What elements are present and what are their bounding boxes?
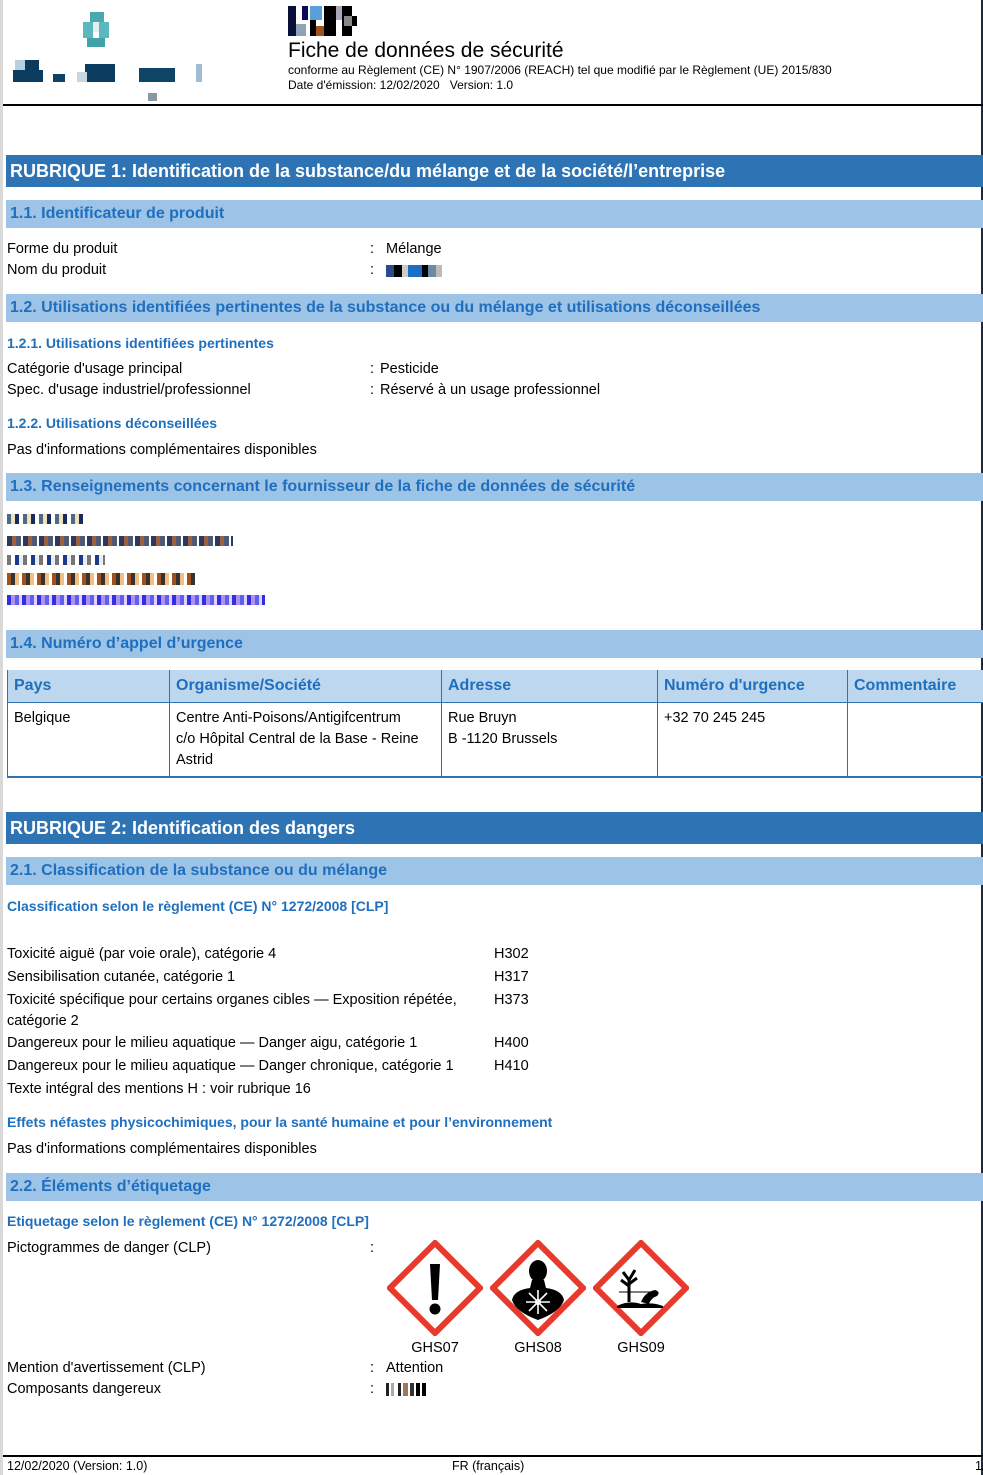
field-label: Forme du produit	[7, 240, 117, 258]
field-colon: :	[370, 1359, 374, 1377]
adresse-line: Rue Bruyn	[448, 708, 651, 729]
field-colon: :	[370, 381, 374, 399]
column-header: Numéro d'urgence	[658, 670, 848, 702]
section-1-3-header: 1.3. Renseignements concernant le fourni…	[6, 473, 983, 501]
pictogram-ghs09: GHS09	[593, 1240, 689, 1356]
organisme-line: Astrid	[176, 750, 435, 771]
company-logo	[13, 8, 213, 104]
hazard-code: H317	[494, 966, 529, 989]
supplier-line-1	[7, 514, 83, 524]
column-header: Adresse	[442, 670, 658, 702]
hazard-code: H410	[494, 1055, 529, 1078]
section-2-2-header: 2.2. Éléments d’étiquetage	[6, 1173, 983, 1201]
field-label: Composants dangereux	[7, 1380, 161, 1398]
section-1-2-header: 1.2. Utilisations identifiées pertinente…	[6, 294, 983, 322]
organisme-line: c/o Hôpital Central de la Base - Reine	[176, 729, 435, 750]
pictogram-ghs07: GHS07	[387, 1240, 483, 1356]
classification-text: Sensibilisation cutanée, catégorie 1	[7, 969, 235, 985]
cell-commentaire	[848, 702, 983, 777]
footer-divider	[3, 1455, 983, 1457]
pictogram-code: GHS07	[387, 1340, 483, 1356]
cell-adresse: Rue Bruyn B -1120 Brussels	[442, 702, 658, 777]
classification-row: Toxicité aiguë (par voie orale), catégor…	[7, 943, 567, 966]
footer-language: FR (français)	[452, 1459, 524, 1474]
field-value: Réservé à un usage professionnel	[380, 381, 600, 399]
footer-date-version: 12/02/2020 (Version: 1.0)	[7, 1459, 147, 1474]
hazard-code: H302	[494, 943, 529, 966]
section-1-4-header: 1.4. Numéro d’appel d’urgence	[6, 630, 983, 658]
field-label: Nom du produit	[7, 261, 106, 279]
issue-date-version: Date d'émission: 12/02/2020 Version: 1.0	[288, 78, 832, 93]
field-colon: :	[370, 261, 374, 279]
classification-row: Dangereux pour le milieu aquatique — Dan…	[7, 1055, 567, 1078]
supplier-line-2	[7, 536, 233, 546]
full-text-note: Texte intégral des mentions H : voir rub…	[7, 1078, 567, 1101]
pictogram-code: GHS09	[593, 1340, 689, 1356]
brand-mark-redacted	[288, 6, 388, 36]
classification-row: Toxicité spécifique pour certains organe…	[7, 989, 567, 1012]
pictogram-code: GHS08	[490, 1340, 586, 1356]
hazard-code: H373	[494, 989, 529, 1012]
rubrique-1-header: RUBRIQUE 1: Identification de la substan…	[6, 155, 983, 187]
field-value: Mélange	[386, 240, 442, 258]
field-label: Pictogrammes de danger (CLP)	[7, 1239, 211, 1257]
adverse-effects-title: Effets néfastes physicochimiques, pour l…	[7, 1113, 552, 1131]
emergency-contacts-table: Pays Organisme/Société Adresse Numéro d'…	[7, 670, 983, 778]
field-colon: :	[370, 1239, 374, 1257]
field-label: Catégorie d'usage principal	[7, 360, 182, 378]
supplier-line-3	[7, 555, 105, 565]
table-row: Belgique Centre Anti-Poisons/Antigifcent…	[8, 702, 983, 777]
field-colon: :	[370, 360, 374, 378]
classification-row-continuation: catégorie 2	[7, 1010, 567, 1033]
field-colon: :	[370, 240, 374, 258]
exclamation-mark-icon	[387, 1240, 483, 1336]
cell-numero: +32 70 245 245	[658, 702, 848, 777]
field-label: Spec. d'usage industriel/professionnel	[7, 381, 251, 399]
adverse-effects-text: Pas d'informations complémentaires dispo…	[7, 1140, 317, 1158]
clp-labelling-title: Etiquetage selon le règlement (CE) N° 12…	[7, 1212, 369, 1230]
product-name-redacted	[386, 264, 446, 276]
column-header: Organisme/Société	[170, 670, 442, 702]
field-colon: :	[370, 1380, 374, 1398]
clp-classification-title: Classification selon le règlement (CE) N…	[7, 897, 388, 915]
document-title-block: Fiche de données de sécurité conforme au…	[288, 6, 832, 93]
section-1-2-1-title: 1.2.1. Utilisations identifiées pertinen…	[7, 334, 274, 352]
section-1-2-2-title: 1.2.2. Utilisations déconseillées	[7, 414, 217, 432]
hazardous-components-redacted	[386, 1383, 442, 1396]
classification-row: Sensibilisation cutanée, catégorie 1 H31…	[7, 966, 567, 989]
health-hazard-icon	[490, 1240, 586, 1336]
table-header-row: Pays Organisme/Société Adresse Numéro d'…	[8, 670, 983, 702]
classification-text: Dangereux pour le milieu aquatique — Dan…	[7, 1035, 417, 1051]
section-2-1-header: 2.1. Classification de la substance ou d…	[6, 857, 983, 885]
cell-organisme: Centre Anti-Poisons/Antigifcentrum c/o H…	[170, 702, 442, 777]
section-1-2-2-text: Pas d'informations complémentaires dispo…	[7, 441, 317, 459]
adresse-line: B -1120 Brussels	[448, 729, 651, 750]
document-title: Fiche de données de sécurité	[288, 39, 832, 63]
classification-row: Dangereux pour le milieu aquatique — Dan…	[7, 1032, 567, 1055]
pictogram-ghs08: GHS08	[490, 1240, 586, 1356]
classification-text: Dangereux pour le milieu aquatique — Dan…	[7, 1058, 454, 1074]
section-1-1-header: 1.1. Identificateur de produit	[6, 200, 983, 228]
classification-text: Toxicité spécifique pour certains organe…	[7, 992, 457, 1008]
column-header: Pays	[8, 670, 170, 702]
field-value: Pesticide	[380, 360, 439, 378]
classification-text: catégorie 2	[7, 1013, 79, 1029]
regulation-reference: conforme au Règlement (CE) N° 1907/2006 …	[288, 63, 832, 78]
field-label: Mention d'avertissement (CLP)	[7, 1359, 206, 1377]
environment-hazard-icon	[593, 1240, 689, 1336]
supplier-email[interactable]	[7, 595, 265, 605]
column-header: Commentaire	[848, 670, 983, 702]
field-value: Attention	[386, 1359, 443, 1377]
organisme-line: Centre Anti-Poisons/Antigifcentrum	[176, 708, 435, 729]
hazard-code: H400	[494, 1032, 529, 1055]
rubrique-2-header: RUBRIQUE 2: Identification des dangers	[6, 812, 983, 844]
document-header: Fiche de données de sécurité conforme au…	[3, 0, 983, 106]
sds-page: Fiche de données de sécurité conforme au…	[0, 0, 983, 1475]
cell-pays: Belgique	[8, 702, 170, 777]
footer-page-number: 1/	[975, 1459, 983, 1474]
classification-text: Toxicité aiguë (par voie orale), catégor…	[7, 946, 276, 962]
supplier-line-4	[7, 573, 195, 585]
